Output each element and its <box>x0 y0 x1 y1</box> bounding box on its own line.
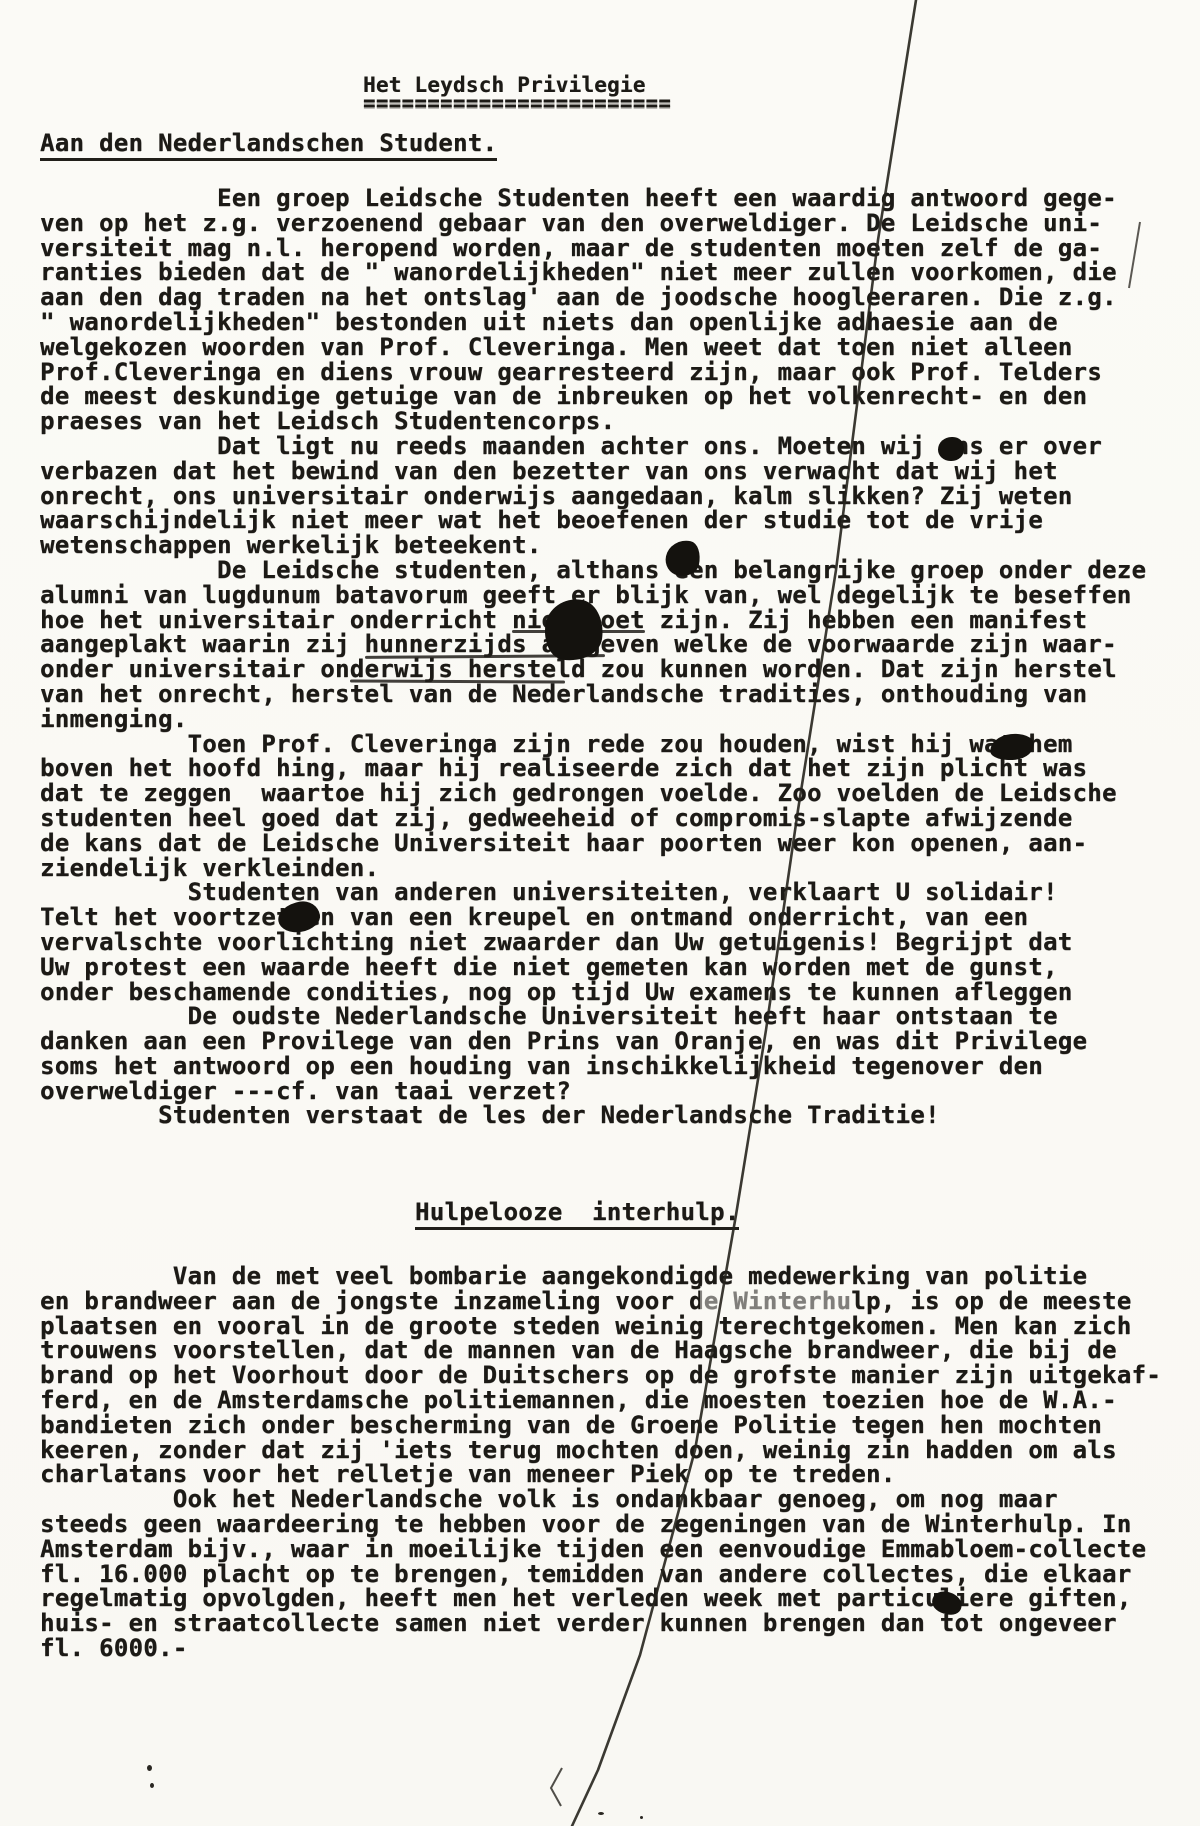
section2-body: Van de met veel bombarie aangekondigde m… <box>40 1264 1190 1661</box>
paragraph-3: De Leidsche studenten, althans een belan… <box>40 558 1190 732</box>
section2: Hulpelooze interhulp. <box>415 1200 739 1230</box>
paragraph-2: Dat ligt nu reeds maanden achter ons. Mo… <box>40 434 1190 558</box>
paragraph-6: De oudste Nederlandsche Universiteit hee… <box>40 1004 1190 1103</box>
paragraph-7: Studenten verstaat de les der Nederlands… <box>40 1103 1190 1128</box>
paragraph-1: Een groep Leidsche Studenten heeft een w… <box>40 186 1190 434</box>
scan-smudge <box>700 1286 850 1310</box>
section1-heading: Aan den Nederlandschen Student. <box>40 131 497 161</box>
paragraph-9: Ook het Nederlandsche volk is ondankbaar… <box>40 1487 1190 1661</box>
scanned-document-page: { "doc": { "title": "Het Leydsch Privile… <box>0 0 1200 1826</box>
section2-heading: Hulpelooze interhulp. <box>415 1200 739 1230</box>
stray-mark <box>150 1783 154 1788</box>
paragraph-5: Studenten van anderen universiteiten, ve… <box>40 880 1190 1004</box>
document-header: Het Leydsch Privilegie =================… <box>363 74 671 110</box>
paragraph-8: Van de met veel bombarie aangekondigde m… <box>40 1264 1190 1487</box>
title-underline-rule: ======================== <box>363 96 671 110</box>
section1: Aan den Nederlandschen Student. <box>40 131 497 161</box>
stray-mark <box>598 1812 604 1815</box>
ink-blot <box>938 437 964 461</box>
stray-stroke <box>551 1768 562 1806</box>
stray-mark <box>147 1765 152 1771</box>
section1-body: Een groep Leidsche Studenten heeft een w… <box>40 186 1190 1128</box>
stray-mark <box>640 1816 643 1819</box>
